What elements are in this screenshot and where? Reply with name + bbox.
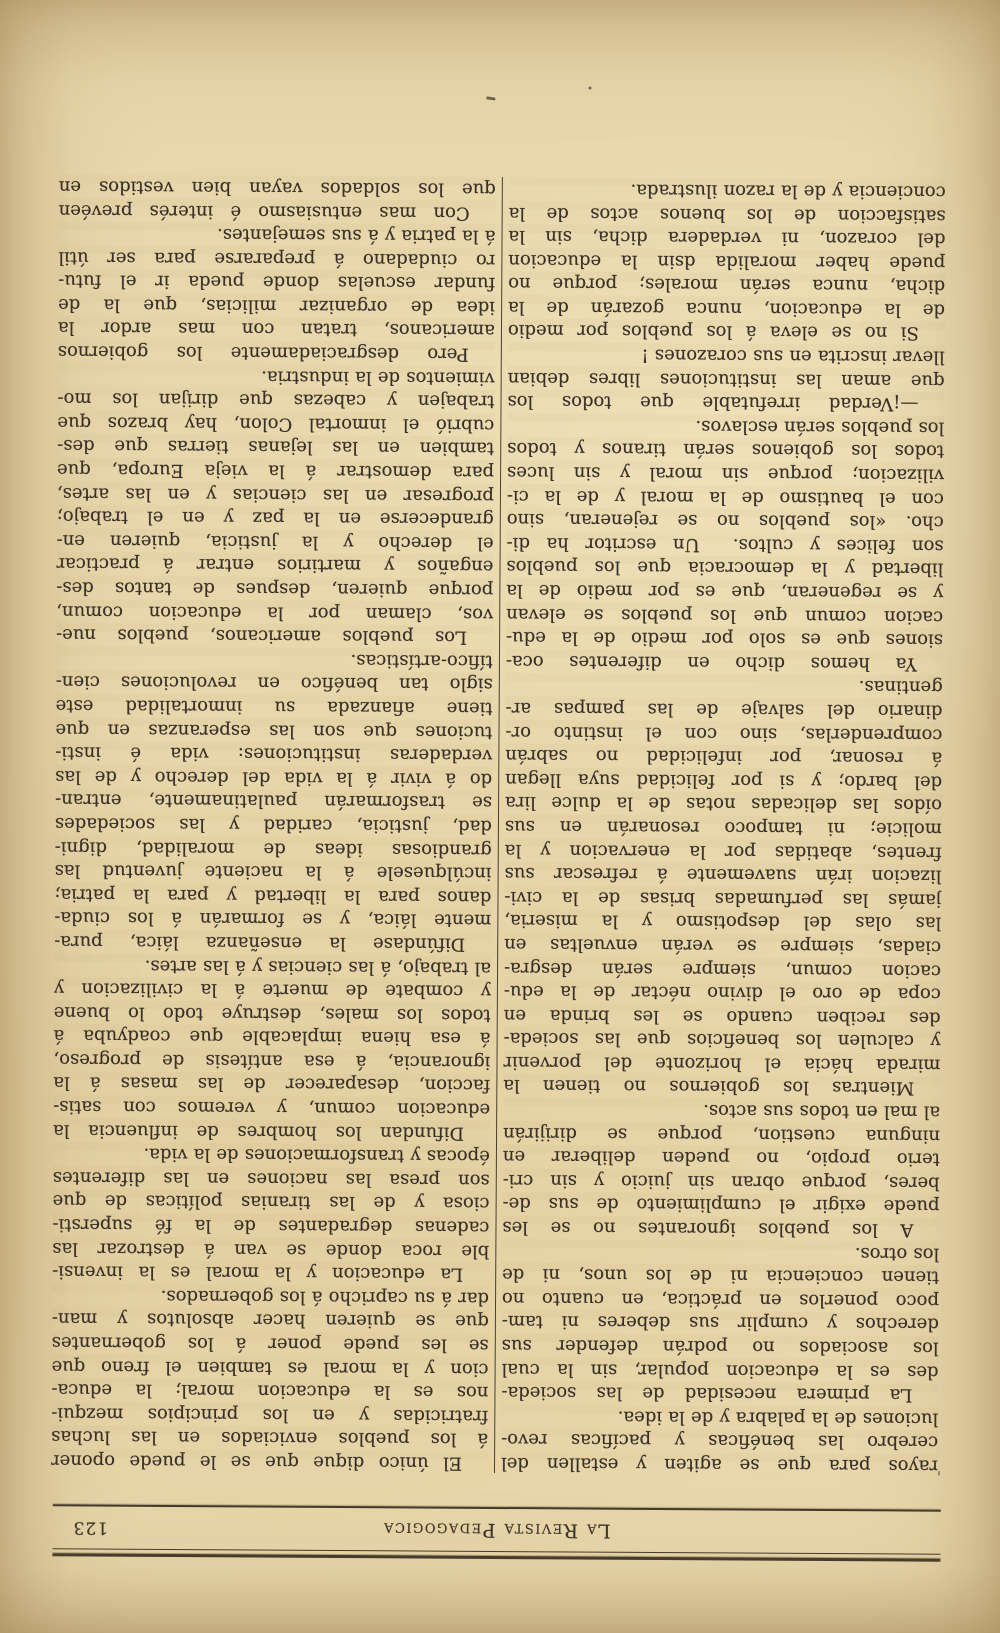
- header-rule-thick: [52, 1553, 940, 1561]
- text-line: tífico-artísticas.: [56, 647, 493, 673]
- text-line: siones que es solo por medio de la edu-: [506, 626, 943, 652]
- text-line: libertad y la democracia que los pueblos: [506, 555, 943, 581]
- text-line: copa de oro el divino néctar de la edu-: [504, 980, 941, 1006]
- text-line: las olas del despotismo y la miseria,: [504, 909, 941, 935]
- text-line: La educacion y la moral es la invensi-: [52, 1260, 489, 1286]
- text-line: dad, justicia, caridad y las sociedades: [55, 812, 492, 838]
- text-line: ignorancia, á esa antítesis de progreso,: [53, 1048, 490, 1074]
- text-line: y calculen los beneficios que las socied…: [504, 1027, 941, 1053]
- text-line: frentes, abatidas por la enervacion y la: [505, 838, 942, 864]
- text-line: Ya hemos dicho en diferentes oca-: [506, 649, 943, 675]
- text-line: verdaderas instituciones: vida é insti-: [55, 741, 492, 767]
- text-line: cion y la moral es tambien el freno que: [52, 1354, 489, 1380]
- text-line: vilizacion; porque sin moral y sin luces: [507, 461, 944, 487]
- text-line: Mientras los gobiernos no tienen la: [503, 1074, 940, 1100]
- text-line: comprenderlas, sino con el instinto or-: [505, 720, 942, 746]
- text-line: porque quieren, despues de tantos des-: [56, 576, 493, 602]
- text-line: los asociados no podrán defender sus: [502, 1333, 939, 1359]
- text-line: des es la educacion popular, sin la cual: [502, 1357, 939, 1383]
- text-line: mirada hácia el horizonte del porvenir: [503, 1050, 940, 1076]
- text-line: el derecho y la justicia, quieren en-: [57, 529, 494, 555]
- text-line: oídos las delicadas notas de la dulce li…: [505, 791, 942, 817]
- text-line: El único dique que se le puede oponer: [51, 1449, 488, 1475]
- text-line: molicie; ni tampoco resonarán en sus: [505, 814, 942, 840]
- text-line: luciones de la palabra y de la idea.: [501, 1404, 938, 1430]
- text-line: tienen conciencia ni de los unos, ni de: [502, 1263, 939, 1289]
- text-line: ninguna cuestion, porque se dirijirán: [503, 1121, 940, 1147]
- text-line: idea de organizar milicias, que la de: [58, 293, 495, 319]
- text-line: La primera necesidad de las socieda-: [501, 1381, 938, 1407]
- text-line: épocas y transformaciones de la vida.: [53, 1142, 490, 1168]
- text-line: con el bautismo de la moral y de la ci-: [507, 484, 944, 510]
- text-line: danos para la libertad y para la patria;: [54, 882, 491, 908]
- text-line: á resonar, por infelicidad no sabrán: [505, 744, 942, 770]
- text-line: dinario del salvaje de las pampas ar-: [506, 696, 943, 722]
- text-line: cadenas degradantes de la fé supersti-: [52, 1213, 489, 1239]
- journal-title: La Revista Pedagogica: [383, 1518, 611, 1541]
- text-line: terio propio, no pueden deliberar en: [503, 1145, 940, 1171]
- text-line: que aman las instituciones libres debian: [508, 366, 945, 392]
- text-line: do á vivir á la vida del derecho y de la…: [55, 764, 492, 790]
- text-line: derechos y cumplir sus deberes ni tam-: [502, 1310, 939, 1336]
- text-line: beres, porque obran sin juicio y sin cri…: [503, 1168, 940, 1194]
- text-line: poco ponerlos en práctica, en cuanto no: [502, 1286, 939, 1312]
- text-line: Difundan los hombres de influencia la: [53, 1118, 490, 1144]
- text-line: Difúndase la enseñanza láica, pura-: [54, 930, 491, 956]
- text-line: á los pueblos enviciados en las luchas: [51, 1425, 488, 1451]
- text-line: cubrió el inmortal Colon, hay brazos que: [57, 411, 494, 437]
- text-line: trabajen y cabezas que dirijan los mo-: [57, 387, 494, 413]
- text-line: americanos, tratan con mas ardor la: [58, 316, 495, 342]
- paper-speck: [588, 87, 591, 90]
- page: La Revista Pedagogica 123 rayos para que…: [0, 0, 1000, 1633]
- text-line: cho. «los pueblos no se rejeneran, sino: [507, 508, 944, 534]
- text-line: á la patria y á sus semejantes.: [58, 222, 495, 248]
- text-line: y combate de muerte á la civilizacion y: [54, 977, 491, 1003]
- text-line: que los soldados vayan bien vestidos en: [59, 175, 496, 201]
- text-line: cacion comun, siempre serán desgra-: [504, 956, 941, 982]
- text-line: puede exigir el cumplimiento de sus de-: [503, 1192, 940, 1218]
- text-line: fundar escuelas donde pueda ir el futu-: [58, 269, 495, 295]
- text-line: satisfaccion de los buenos actos de la: [509, 201, 946, 227]
- text-line: puede haber moralida dsin la educacion: [508, 248, 945, 274]
- text-line: vos, claman por la educacion comun,: [56, 599, 493, 625]
- text-line: todos los gobienos serán tiranos y todos: [507, 437, 944, 463]
- text-line: nos es la educacion moral; la educa-: [51, 1378, 488, 1404]
- text-line: para demostrar á la vieja Europa, que: [57, 458, 494, 484]
- text-line: se trasformarán paulatinamente, entran-: [55, 788, 492, 814]
- right-column: El único dique que se le puede oponerá l…: [51, 175, 496, 1475]
- text-line: y se regeneran, que es por medio de la: [506, 578, 943, 604]
- text-line: gentinas.: [506, 673, 943, 699]
- text-line: progresar en las ciencias y en las artes…: [57, 481, 494, 507]
- text-line: del bardo; y si por felicidad suya llega…: [505, 767, 942, 793]
- text-line: educacion comun, y veremos con satis-: [53, 1095, 490, 1121]
- text-line: fratricidas y en los principios mezqui-: [51, 1401, 488, 1427]
- text-line: llevar inscrita en sus corazones !: [508, 343, 945, 369]
- text-line: des reciben cuando se les brinda en: [504, 1003, 941, 1029]
- text-line: faccion, desaparecer de las masas á la: [53, 1071, 490, 1097]
- paper-speck: [486, 96, 495, 100]
- page-body: rayos para que se agiten y estallen delc…: [51, 175, 946, 1478]
- text-line: lizacion irán suavemente á refrescar sus: [505, 862, 942, 888]
- header-underline-rule: [53, 1504, 941, 1511]
- text-line: se les puede poner á los gobernantes: [52, 1331, 489, 1357]
- text-line: Con mas entusiasmo é interés prevéen: [59, 198, 496, 224]
- text-line: tambien en las lejanas tierras que des-: [57, 434, 494, 460]
- text-line: son presa las naciones en las diferentes: [53, 1166, 490, 1192]
- scanned-page: La Revista Pedagogica 123 rayos para que…: [0, 0, 1000, 1633]
- text-line: cerebro las benéficas y pacíficas revo-: [501, 1428, 938, 1454]
- text-line: ciadas, siempre se verán envueltas en: [504, 932, 941, 958]
- page-number: 123: [73, 1517, 109, 1537]
- text-line: al trabajo, á las ciencias y á las artes…: [54, 953, 491, 979]
- text-line: los pueblos serán esclavos.: [507, 413, 944, 439]
- text-line: son felices y cultos. Un escritor ha di-: [507, 531, 944, 557]
- text-line: Si no se eleva á los pueblos por medio: [508, 319, 945, 345]
- text-line: todos los males, destruye todo lo buene: [54, 1000, 491, 1026]
- text-line: grandiosas ideas de moralidad, digni-: [55, 835, 492, 861]
- text-line: que se quieren hacer absolutos y man-: [52, 1307, 489, 1333]
- text-line: engaños y martirios entrar á practicar: [56, 552, 493, 578]
- text-line: tuciones que son las esperanzas en que: [55, 717, 492, 743]
- rotated-sheet: La Revista Pedagogica 123 rayos para que…: [0, 0, 1000, 1633]
- text-line: conciencia y de la razon ilustrada.: [509, 177, 946, 203]
- text-line: siglo tan benéfico en revoluciones cien-: [56, 670, 493, 696]
- paper-speck: [938, 1471, 940, 1476]
- text-line: —¡Verdad irrefutable que todos los: [507, 390, 944, 416]
- text-line: jamás las perfumadas brisas de la civi-: [504, 885, 941, 911]
- text-line: ro ciudadano á prepararse para ser útil: [58, 245, 495, 271]
- text-line: incúlquesele á la naciente juventud las: [55, 859, 492, 885]
- text-line: á esa hiena implacable que coadyuba á: [54, 1024, 491, 1050]
- text-line: tiene afianzada su inmortalidad este: [56, 694, 493, 720]
- text-line: los otros.: [502, 1239, 939, 1265]
- text-line: vimientos de la industria.: [58, 363, 495, 389]
- text-line: ciosa y de las tiranias políticas de que: [53, 1189, 490, 1215]
- text-line: cacion comun que los pueblos se elevan: [506, 602, 943, 628]
- text-line: dar á su capricho á los gobernados.: [52, 1284, 489, 1310]
- left-column: rayos para que se agiten y estallen delc…: [501, 177, 946, 1477]
- text-line: A los pueblos ignorantes no se les: [502, 1215, 939, 1241]
- text-line: al mal en todos sus actos.: [503, 1098, 940, 1124]
- text-line: rayos para que se agiten y estallen del: [501, 1451, 938, 1477]
- text-line: grandecerse en la paz y en el trabajo;: [57, 505, 494, 531]
- text-line: mente láica, y se formarán á los ciuda-: [54, 906, 491, 932]
- text-line: ble roca donde se van á destrozar las: [52, 1236, 489, 1262]
- text-line: Pero desgraciadamente los gobiernos: [58, 340, 495, 366]
- text-line: de la educacion, nunca gozarán de la: [508, 295, 945, 321]
- text-line: Los pueblos americanos, pueblos nue-: [56, 623, 493, 649]
- text-line: del corazon, ni verdadera dicha, sin la: [508, 225, 945, 251]
- text-line: dicha, nunca serán morales; porque no: [508, 272, 945, 298]
- running-head: La Revista Pedagogica 123: [53, 1512, 941, 1543]
